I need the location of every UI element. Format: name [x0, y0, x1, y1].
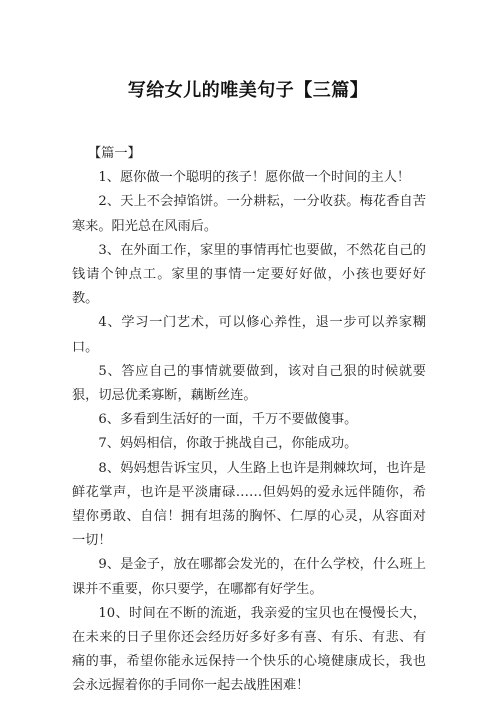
- paragraph-7: 7、妈妈相信，你敢于挑战自己，你能成功。: [72, 432, 426, 456]
- section-label: 【篇一】: [72, 142, 426, 166]
- document-title: 写给女儿的唯美句子【三篇】: [0, 76, 496, 102]
- paragraph-9: 9、是金子，放在哪都会发光的，在什么学校，什么班上课并不重要，你只要学，在哪都有…: [72, 553, 426, 601]
- paragraph-6: 6、多看到生活好的一面，千万不要做傻事。: [72, 408, 426, 432]
- paragraph-1: 1、愿你做一个聪明的孩子！愿你做一个时间的主人！: [72, 166, 426, 190]
- paragraph-10: 10、时间在不断的流逝，我亲爱的宝贝也在慢慢长大，在未来的日子里你还会经历好多好…: [72, 602, 426, 699]
- paragraph-3: 3、在外面工作，家里的事情再忙也要做，不然花自己的钱请个钟点工。家里的事情一定要…: [72, 239, 426, 312]
- paragraph-5: 5、答应自己的事情就要做到，该对自己狠的时候就要狠，切忌优柔寡断，藕断丝连。: [72, 360, 426, 408]
- document-page: 写给女儿的唯美句子【三篇】 【篇一】 1、愿你做一个聪明的孩子！愿你做一个时间的…: [0, 0, 496, 702]
- paragraph-4: 4、学习一门艺术，可以修心养性，退一步可以养家糊口。: [72, 311, 426, 359]
- document-body: 【篇一】 1、愿你做一个聪明的孩子！愿你做一个时间的主人！ 2、天上不会掉馅饼。…: [72, 142, 426, 699]
- paragraph-8: 8、妈妈想告诉宝贝，人生路上也许是荆棘坎坷，也许是鲜花掌声，也许是平淡庸碌……但…: [72, 457, 426, 554]
- paragraph-2: 2、天上不会掉馅饼。一分耕耘，一分收获。梅花香自苦寒来。阳光总在风雨后。: [72, 190, 426, 238]
